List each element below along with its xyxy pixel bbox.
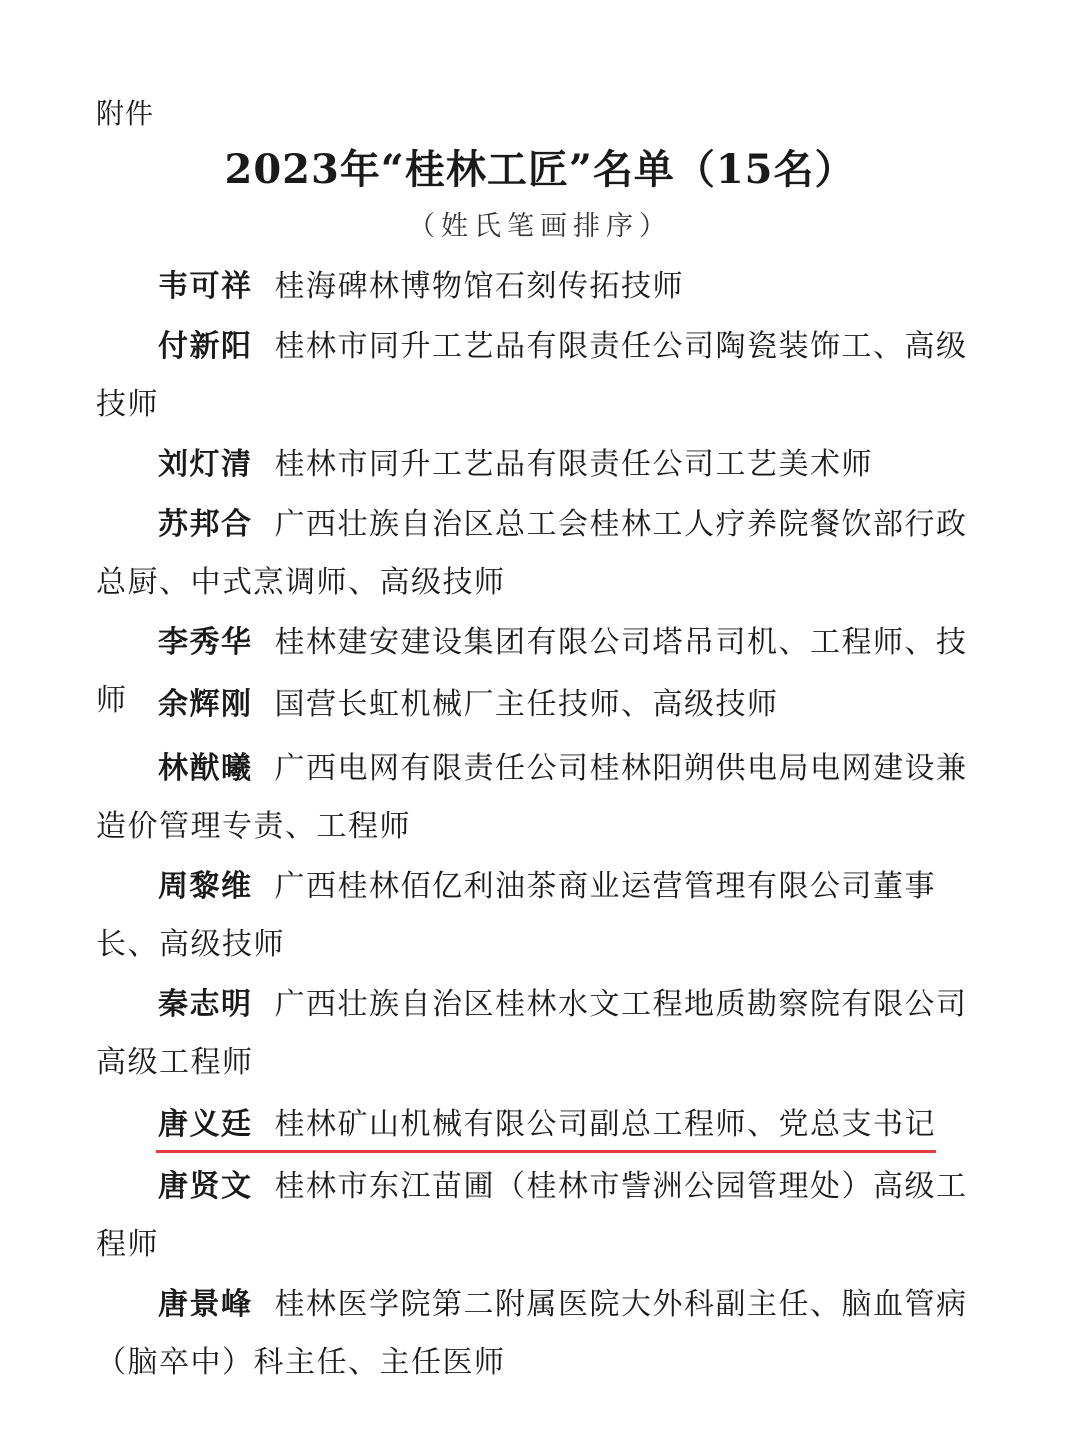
list-item: 韦可祥桂海碑林博物馆石刻传拓技师 (96, 258, 988, 316)
document-subtitle: （姓氏笔画排序） (0, 204, 1080, 243)
honoree-name: 秦志明 (96, 987, 253, 1022)
attachment-label: 附件 (96, 92, 154, 132)
highlight-underline (156, 1150, 936, 1153)
list-item: 唐景峰桂林医学院第二附属医院大外科副主任、脑血管病（脑卒中）科主任、主任医师 (96, 1276, 988, 1392)
honoree-name: 林猷曦 (96, 751, 253, 786)
honoree-description: 桂林矿山机械有限公司副总工程师、党总支书记 (275, 1107, 937, 1142)
honoree-description: 桂林市同升工艺品有限责任公司工艺美术师 (275, 447, 874, 482)
list-item: 唐贤文桂林市东江苗圃（桂林市訾洲公园管理处）高级工程师 (96, 1158, 988, 1274)
honoree-name: 付新阳 (96, 329, 253, 364)
honoree-description: 国营长虹机械厂主任技师、高级技师 (275, 687, 779, 722)
list-item: 周黎维广西桂林佰亿利油茶商业运营管理有限公司董事长、高级技师 (96, 858, 988, 974)
list-item: 林猷曦广西电网有限责任公司桂林阳朔供电局电网建设兼造价管理专责、工程师 (96, 740, 988, 856)
honoree-name: 唐景峰 (96, 1287, 253, 1322)
document-title: 2023年“桂林工匠”名单（15名） (0, 138, 1080, 195)
honoree-name: 李秀华 (96, 625, 253, 660)
list-item: 秦志明广西壮族自治区桂林水文工程地质勘察院有限公司高级工程师 (96, 976, 988, 1092)
honoree-name: 余辉刚 (96, 687, 253, 722)
list-item-highlighted: 唐义廷桂林矿山机械有限公司副总工程师、党总支书记 (96, 1096, 988, 1154)
list-item: 刘灯清桂林市同升工艺品有限责任公司工艺美术师 (96, 436, 988, 494)
honoree-name: 韦可祥 (96, 269, 253, 304)
honoree-name: 苏邦合 (96, 507, 253, 542)
honoree-name: 周黎维 (96, 869, 253, 904)
honoree-description: 桂海碑林博物馆石刻传拓技师 (275, 269, 685, 304)
list-item: 付新阳桂林市同升工艺品有限责任公司陶瓷装饰工、高级技师 (96, 318, 988, 434)
honoree-name: 唐义廷 (96, 1107, 253, 1142)
honoree-name: 唐贤文 (96, 1169, 253, 1204)
list-item: 余辉刚国营长虹机械厂主任技师、高级技师 (96, 676, 988, 734)
list-item: 苏邦合广西壮族自治区总工会桂林工人疗养院餐饮部行政总厨、中式烹调师、高级技师 (96, 496, 988, 612)
honoree-name: 刘灯清 (96, 447, 253, 482)
